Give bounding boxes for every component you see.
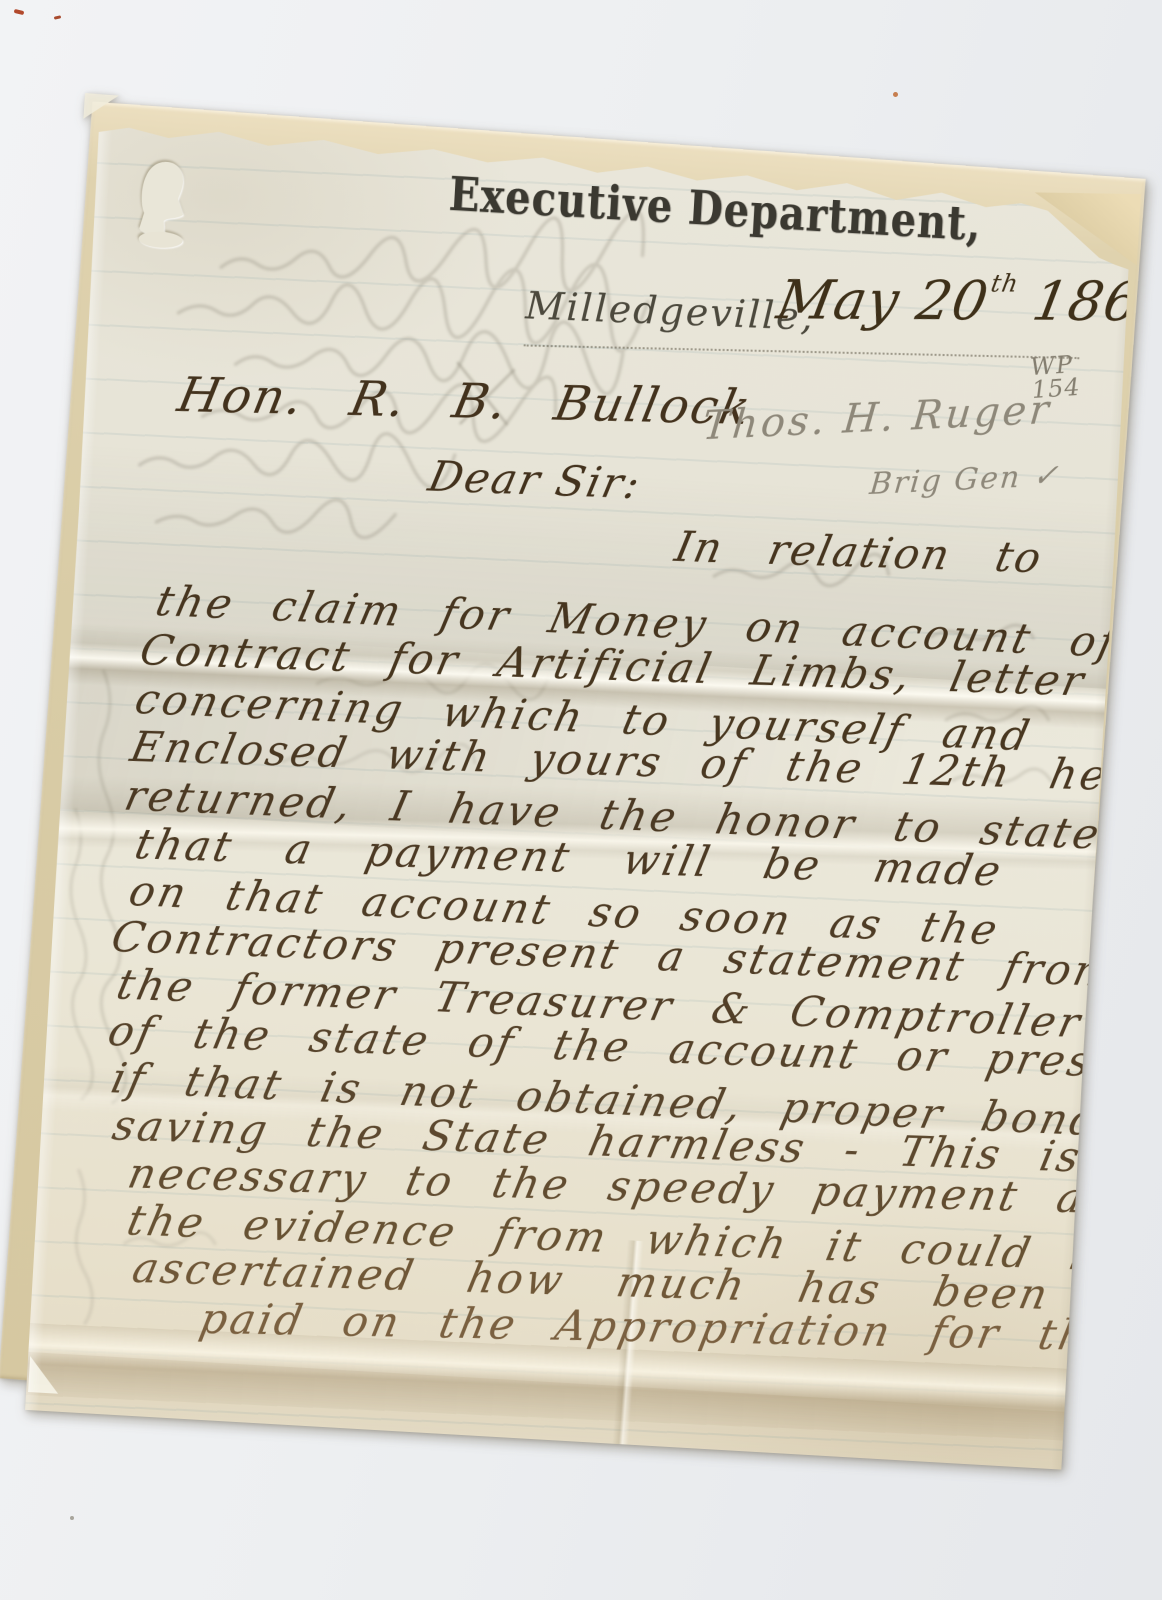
letter-front-sheet: Executive Department, Milledgeville, May…: [25, 110, 1138, 1470]
pencil-note-rank: Brig Gen ✓: [868, 458, 1061, 502]
recipient-line: Hon. R. B. Bullock: [173, 367, 756, 436]
gray-dust-speck: [70, 1516, 74, 1520]
scan-background: { "scene": { "background_color": "#eef0f…: [0, 0, 1162, 1600]
date-year: 1868: [1010, 270, 1162, 334]
embossed-seal: [132, 156, 195, 251]
embossed-profile-bust-icon: [132, 156, 195, 251]
backing-folded-corner: [83, 93, 119, 121]
bottom-left-corner-fold: [28, 1356, 60, 1394]
date-day: May 20: [772, 268, 993, 332]
scanned-letter-photo: Executive Department, Milledgeville, May…: [0, 0, 1162, 1600]
opening-phrase: In relation to: [671, 522, 1048, 582]
pencil-note-name: Thos. H. Ruger: [701, 387, 1054, 450]
bottom-shading: [25, 1352, 1067, 1470]
letter-paper: Executive Department, Milledgeville, May…: [25, 110, 1141, 1470]
salutation-line: Dear Sir:: [424, 452, 646, 508]
handwritten-date: May 20th 1868: [772, 267, 1162, 333]
red-fiber-speck: [54, 15, 61, 19]
orange-dust-speck: [893, 92, 898, 97]
red-fiber-speck: [14, 9, 25, 15]
